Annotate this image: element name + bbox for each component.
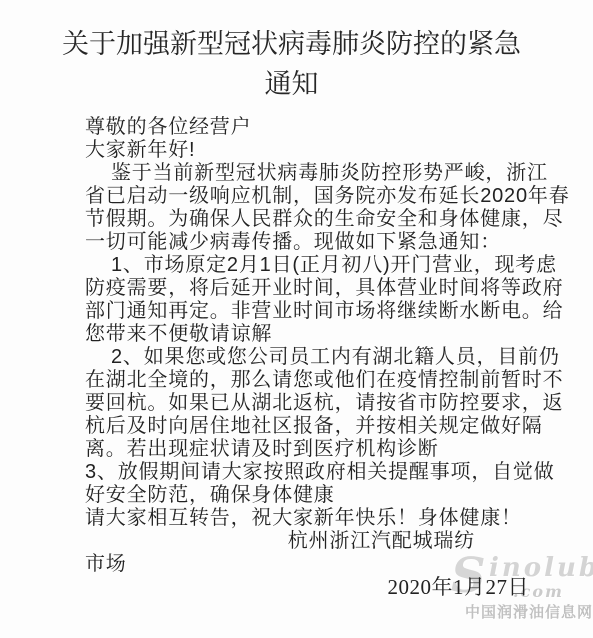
notice-line: 请大家相互转告，祝大家新年快乐！身体健康！ — [85, 507, 543, 530]
notice-line: 节假期。为确保人民群众的生命安全和身体健康，尽 — [85, 208, 543, 231]
notice-title: 关于加强新型冠状病毒肺炎防控的紧急 通知 — [0, 24, 583, 104]
notice-line: 杭后及时向居住地社区报备，并按相关规定做好隔 — [85, 415, 543, 438]
notice-title-line1: 关于加强新型冠状病毒肺炎防控的紧急 — [0, 24, 583, 64]
notice-line: 2、如果您或您公司员工内有湖北籍人员，目前仍 — [85, 346, 543, 369]
notice-line: 鉴于当前新型冠状病毒肺炎防控形势严峻，浙江 — [85, 162, 543, 185]
watermark-site-name: 中国润滑油信息网 — [465, 601, 593, 622]
notice-line: 尊敬的各位经营户 — [85, 116, 543, 139]
notice-line: 省已启动一级响应机制，国务院亦发布延长2020年春 — [85, 185, 543, 208]
notice-signature-continued: 市场 — [85, 553, 543, 576]
notice-line: 防疫需要，将后延开业时间，具体营业时间将等政府 — [85, 277, 543, 300]
notice-document: 关于加强新型冠状病毒肺炎防控的紧急 通知 S inolub .com 中国润滑油… — [0, 0, 593, 638]
notice-line: 好安全防范，确保身体健康 — [85, 484, 543, 507]
notice-line: 3、放假期间请大家按照政府相关提醒事项，自觉做 — [85, 461, 543, 484]
notice-body: 尊敬的各位经营户大家新年好!鉴于当前新型冠状病毒肺炎防控形势严峻，浙江省已启动一… — [85, 116, 543, 599]
notice-line: 部门通知再定。非营业时间市场将继续断水断电。给 — [85, 300, 543, 323]
notice-line: 在湖北全境的，那么请您或他们在疫情控制前暂时不 — [85, 369, 543, 392]
notice-line: 离。若出现症状请及时到医疗机构诊断 — [85, 438, 543, 461]
notice-signature: 杭州浙江汽配城瑞纺 — [85, 530, 543, 553]
notice-line: 大家新年好! — [85, 139, 543, 162]
notice-line: 要回杭。如果已从湖北返杭，请按省市防控要求，返 — [85, 392, 543, 415]
notice-title-line2: 通知 — [0, 64, 583, 104]
notice-line: 1、市场原定2月1日(正月初八)开门营业，现考虑 — [85, 254, 543, 277]
notice-line: 您带来不便敬请谅解 — [85, 323, 543, 346]
notice-line: 一切可能减少病毒传播。现做如下紧急通知： — [85, 231, 543, 254]
notice-date: 2020年1月27日 — [85, 576, 543, 599]
